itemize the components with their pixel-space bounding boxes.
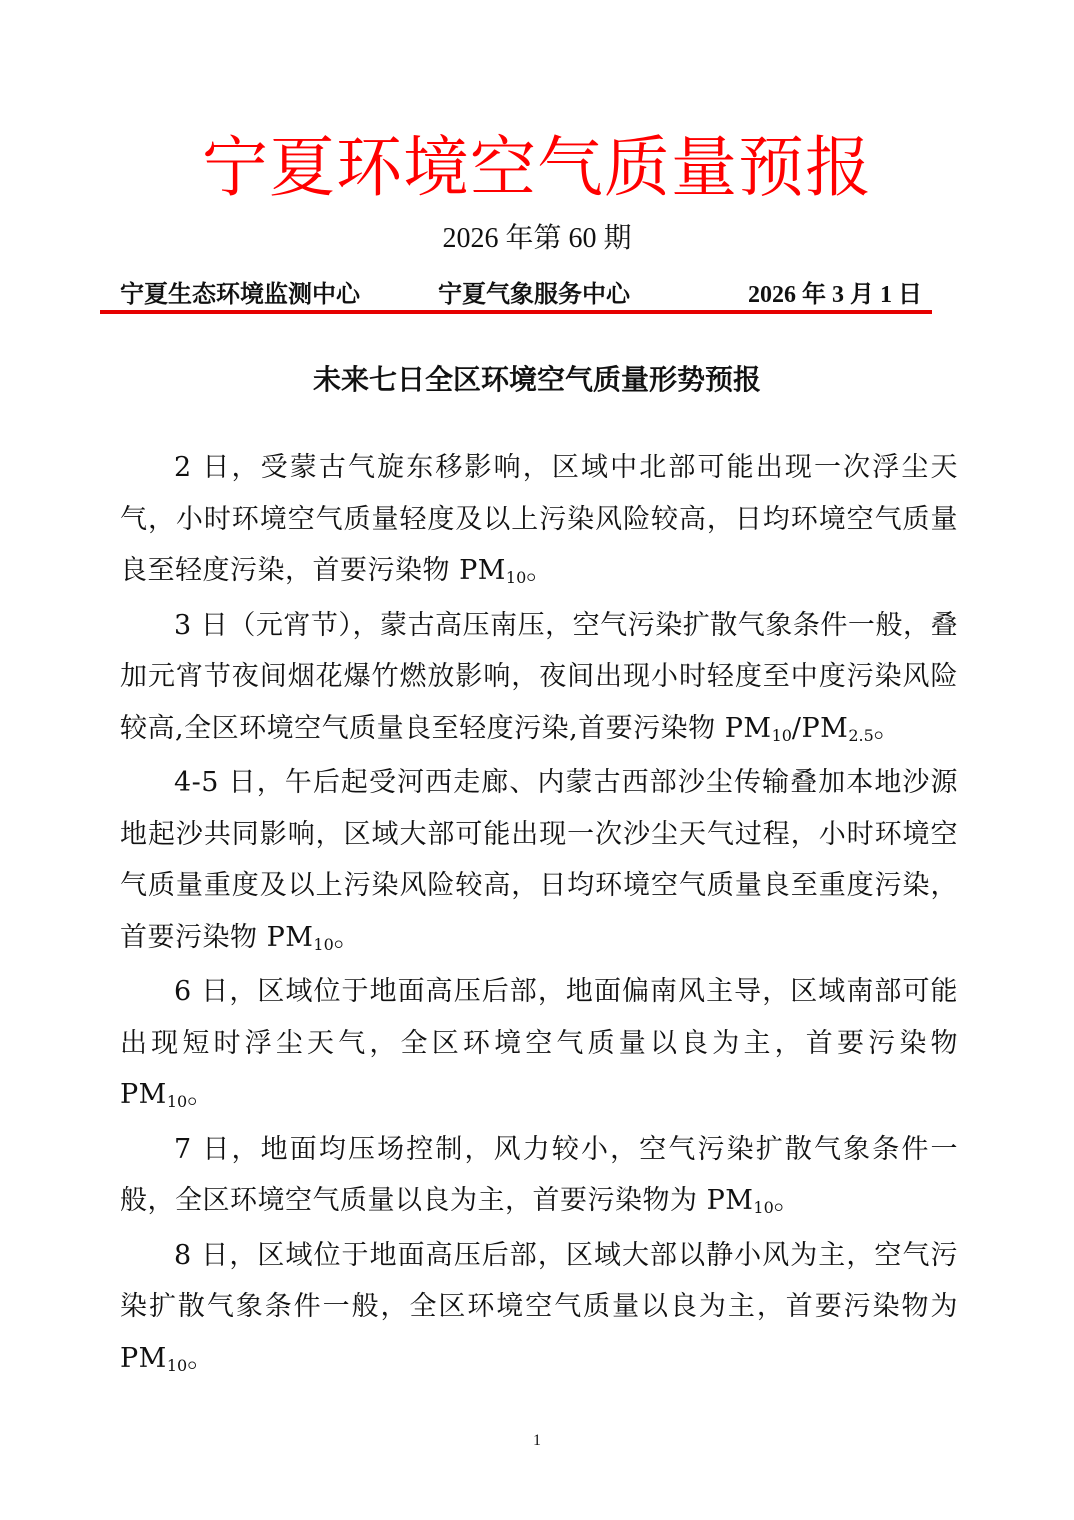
forecast-paragraph-day8: 8 日，区域位于地面高压后部，区域大部以静小风为主，空气污染扩散气象条件一般，全… xyxy=(120,1230,958,1388)
page-number: 1 xyxy=(0,1432,1074,1450)
issue-number: 2026 年第 60 期 xyxy=(0,222,1074,256)
forecast-paragraph-day6: 6 日，区域位于地面高压后部，地面偏南风主导，区域南部可能出现短时浮尘天气，全区… xyxy=(120,966,958,1124)
agency-monitoring-center: 宁夏生态环境监测中心 xyxy=(120,279,360,311)
forecast-body: 2 日，受蒙古气旋东移影响，区域中北部可能出现一次浮尘天气，小时环境空气质量轻度… xyxy=(120,442,958,1387)
forecast-paragraph-day3: 3 日（元宵节），蒙古高压南压，空气污染扩散气象条件一般，叠加元宵节夜间烟花爆竹… xyxy=(120,600,958,758)
forecast-paragraph-day4-5: 4-5 日，午后起受河西走廊、内蒙古西部沙尘传输叠加本地沙源地起沙共同影响，区域… xyxy=(120,757,958,966)
red-divider xyxy=(100,310,932,314)
issue-date: 2026 年 3 月 1 日 xyxy=(748,279,922,311)
forecast-paragraph-day2: 2 日，受蒙古气旋东移影响，区域中北部可能出现一次浮尘天气，小时环境空气质量轻度… xyxy=(120,442,958,600)
forecast-paragraph-day7: 7 日，地面均压场控制，风力较小，空气污染扩散气象条件一般，全区环境空气质量以良… xyxy=(120,1124,958,1230)
document-page: 宁夏环境空气质量预报 2026 年第 60 期 宁夏生态环境监测中心 宁夏气象服… xyxy=(0,0,1074,1520)
agency-row: 宁夏生态环境监测中心 宁夏气象服务中心 2026 年 3 月 1 日 xyxy=(120,279,930,311)
masthead-title: 宁夏环境空气质量预报 xyxy=(0,128,1074,208)
agency-meteorological-center: 宁夏气象服务中心 xyxy=(438,279,630,311)
document-title: 未来七日全区环境空气质量形势预报 xyxy=(0,360,1074,400)
